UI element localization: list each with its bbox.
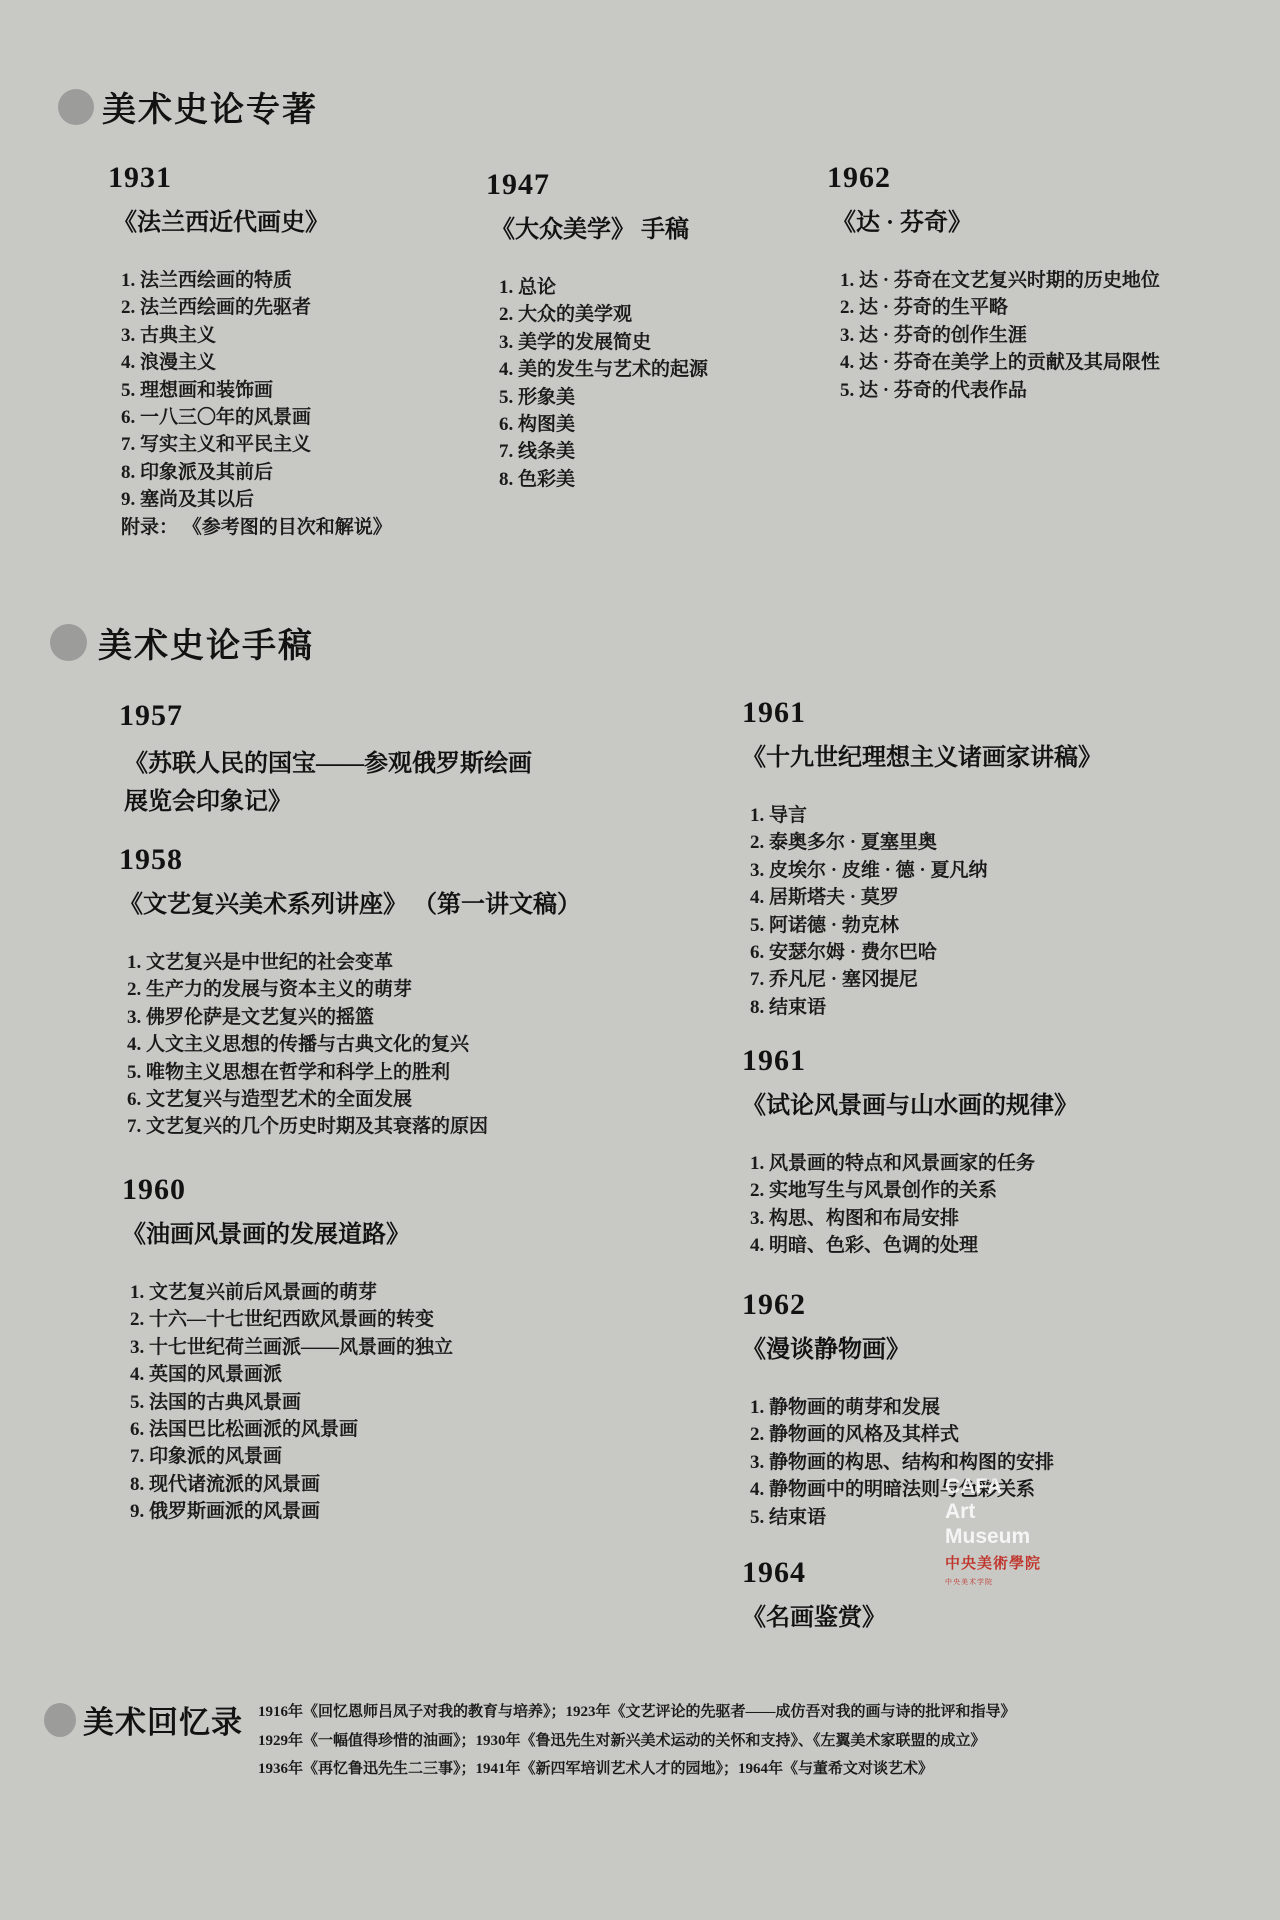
section-monographs-header: 美术史论专著 (58, 82, 318, 131)
bullet-icon (50, 624, 87, 661)
entry-year: 1958 (119, 845, 581, 875)
toc-item: 5. 法国的古典风景画 (130, 1389, 453, 1416)
entry-items: 1. 文艺复兴前后风景画的萌芽2. 十六—十七世纪西欧风景画的转变3. 十七世纪… (130, 1279, 453, 1526)
toc-item: 7. 乔凡尼 · 塞冈提尼 (750, 966, 1102, 993)
toc-item: 9. 俄罗斯画派的风景画 (130, 1498, 453, 1525)
entry-title: 《文艺复兴美术系列讲座》 （第一讲文稿） (119, 889, 581, 921)
entry-year: 1962 (742, 1290, 1054, 1320)
toc-item: 4. 人文主义思想的传播与古典文化的复兴 (127, 1031, 581, 1058)
toc-item: 2. 十六—十七世纪西欧风景画的转变 (130, 1306, 453, 1333)
toc-item: 3. 古典主义 (121, 322, 392, 349)
section-title: 美术回忆录 (83, 1697, 243, 1742)
toc-item: 7. 印象派的风景画 (130, 1443, 453, 1470)
toc-item: 2. 大众的美学观 (499, 301, 708, 328)
toc-item: 2. 实地写生与风景创作的关系 (750, 1177, 1078, 1204)
toc-item: 4. 达 · 芬奇在美学上的贡献及其局限性 (840, 349, 1160, 376)
toc-item: 4. 浪漫主义 (121, 349, 392, 376)
entry-items: 1. 法兰西绘画的特质2. 法兰西绘画的先驱者3. 古典主义4. 浪漫主义5. … (121, 267, 392, 541)
toc-item: 2. 静物画的风格及其样式 (750, 1421, 1054, 1448)
entry-1964: 1964 《名画鉴赏》 (742, 1558, 886, 1662)
entry-year: 1947 (486, 170, 708, 200)
toc-item: 8. 印象派及其前后 (121, 459, 392, 486)
toc-item: 1. 文艺复兴前后风景画的萌芽 (130, 1279, 453, 1306)
watermark-art: Art (945, 1499, 1041, 1524)
toc-item: 3. 皮埃尔 · 皮维 · 德 · 夏凡纳 (750, 857, 1102, 884)
entry-1960: 1960 《油画风景画的发展道路》 1. 文艺复兴前后风景画的萌芽2. 十六—十… (122, 1175, 453, 1526)
toc-item: 1. 文艺复兴是中世纪的社会变革 (127, 949, 581, 976)
toc-item: 3. 美学的发展简史 (499, 329, 708, 356)
toc-item: 1. 静物画的萌芽和发展 (750, 1394, 1054, 1421)
watermark-sub: 中央美术学院 (945, 1577, 1041, 1587)
cafa-watermark: CAFA Art Museum 中央美術學院 中央美术学院 (945, 1474, 1041, 1587)
toc-item: 6. 文艺复兴与造型艺术的全面发展 (127, 1086, 581, 1113)
entry-1961-landscape-rules: 1961 《试论风景画与山水画的规律》 1. 风景画的特点和风景画家的任务2. … (742, 1046, 1078, 1260)
bullet-icon (44, 1703, 76, 1737)
toc-item: 7. 文艺复兴的几个历史时期及其衰落的原因 (127, 1113, 581, 1140)
toc-item: 8. 结束语 (750, 994, 1102, 1021)
toc-item: 1. 总论 (499, 274, 708, 301)
toc-item: 3. 达 · 芬奇的创作生涯 (840, 322, 1160, 349)
entry-title: 《苏联人民的国宝——参观俄罗斯绘画 展览会印象记》 (124, 745, 532, 821)
toc-item: 8. 现代诸流派的风景画 (130, 1471, 453, 1498)
section-title: 美术史论专著 (102, 82, 318, 131)
toc-item: 6. 安瑟尔姆 · 费尔巴哈 (750, 939, 1102, 966)
toc-item: 5. 达 · 芬奇的代表作品 (840, 377, 1160, 404)
exhibition-panel: 美术史论专著 1931 《法兰西近代画史》 1. 法兰西绘画的特质2. 法兰西绘… (0, 0, 1280, 1920)
entry-items: 1. 风景画的特点和风景画家的任务2. 实地写生与风景创作的关系3. 构思、构图… (750, 1150, 1078, 1260)
entry-items: 1. 文艺复兴是中世纪的社会变革2. 生产力的发展与资本主义的萌芽3. 佛罗伦萨… (127, 949, 581, 1141)
entry-year: 1961 (742, 698, 1102, 728)
toc-item: 1. 达 · 芬奇在文艺复兴时期的历史地位 (840, 267, 1160, 294)
toc-item: 3. 构思、构图和布局安排 (750, 1205, 1078, 1232)
entry-title: 《油画风景画的发展道路》 (122, 1219, 453, 1251)
toc-item: 5. 形象美 (499, 384, 708, 411)
toc-item: 5. 理想画和装饰画 (121, 377, 392, 404)
toc-item: 7. 写实主义和平民主义 (121, 431, 392, 458)
entry-year: 1931 (108, 163, 392, 193)
entry-title: 《大众美学》 手稿 (491, 214, 708, 246)
toc-item: 9. 塞尚及其以后 (121, 486, 392, 513)
entry-1957: 1957 《苏联人民的国宝——参观俄罗斯绘画 展览会印象记》 (119, 701, 532, 841)
entry-year: 1962 (827, 163, 1160, 193)
toc-item: 3. 静物画的构思、结构和构图的安排 (750, 1449, 1054, 1476)
memoir-paragraph: 1916年《回忆恩师吕凤子对我的教育与培养》；1923年《文艺评论的先驱者——成… (258, 1698, 1048, 1784)
entry-1947: 1947 《大众美学》 手稿 1. 总论2. 大众的美学观3. 美学的发展简史4… (486, 170, 708, 493)
toc-item: 1. 法兰西绘画的特质 (121, 267, 392, 294)
entry-year: 1960 (122, 1175, 453, 1205)
entry-1961-idealist-painters: 1961 《十九世纪理想主义诸画家讲稿》 1. 导言2. 泰奥多尔 · 夏塞里奥… (742, 698, 1102, 1021)
entry-title: 《试论风景画与山水画的规律》 (742, 1090, 1078, 1122)
section-manuscripts-header: 美术史论手稿 (50, 618, 314, 667)
toc-item: 4. 居斯塔夫 · 莫罗 (750, 884, 1102, 911)
toc-item: 2. 泰奥多尔 · 夏塞里奥 (750, 829, 1102, 856)
entry-items: 1. 总论2. 大众的美学观3. 美学的发展简史4. 美的发生与艺术的起源5. … (499, 274, 708, 493)
toc-item: 2. 达 · 芬奇的生平略 (840, 294, 1160, 321)
watermark-seal: 中央美術學院 (945, 1552, 1041, 1573)
watermark-museum: Museum (945, 1524, 1041, 1549)
entry-1931: 1931 《法兰西近代画史》 1. 法兰西绘画的特质2. 法兰西绘画的先驱者3.… (108, 163, 392, 541)
entry-items: 1. 达 · 芬奇在文艺复兴时期的历史地位2. 达 · 芬奇的生平略3. 达 ·… (840, 267, 1160, 404)
bullet-icon (58, 89, 94, 125)
toc-item: 3. 十七世纪荷兰画派——风景画的独立 (130, 1334, 453, 1361)
entry-year: 1957 (119, 701, 532, 731)
entry-items: 1. 导言2. 泰奥多尔 · 夏塞里奥3. 皮埃尔 · 皮维 · 德 · 夏凡纳… (750, 802, 1102, 1021)
entry-title: 《名画鉴赏》 (742, 1602, 886, 1634)
watermark-cafa: CAFA (945, 1474, 1041, 1499)
section-title: 美术史论手稿 (98, 618, 314, 667)
toc-item: 2. 生产力的发展与资本主义的萌芽 (127, 976, 581, 1003)
toc-item: 4. 美的发生与艺术的起源 (499, 356, 708, 383)
entry-title: 《漫谈静物画》 (742, 1334, 1054, 1366)
toc-item: 3. 佛罗伦萨是文艺复兴的摇篮 (127, 1004, 581, 1031)
toc-item: 1. 风景画的特点和风景画家的任务 (750, 1150, 1078, 1177)
toc-item: 6. 法国巴比松画派的风景画 (130, 1416, 453, 1443)
toc-item: 1. 导言 (750, 802, 1102, 829)
toc-item: 5. 唯物主义思想在哲学和科学上的胜利 (127, 1059, 581, 1086)
toc-item: 6. 构图美 (499, 411, 708, 438)
entry-title: 《法兰西近代画史》 (113, 207, 392, 239)
toc-item: 5. 阿诺德 · 勃克林 (750, 912, 1102, 939)
entry-year: 1961 (742, 1046, 1078, 1076)
toc-item: 2. 法兰西绘画的先驱者 (121, 294, 392, 321)
entry-title: 《十九世纪理想主义诸画家讲稿》 (742, 742, 1102, 774)
entry-title: 《达 · 芬奇》 (832, 207, 1160, 239)
toc-item: 7. 线条美 (499, 438, 708, 465)
toc-item: 8. 色彩美 (499, 466, 708, 493)
toc-item: 附录： 《参考图的目次和解说》 (121, 514, 392, 541)
toc-item: 4. 明暗、色彩、色调的处理 (750, 1232, 1078, 1259)
entry-1962-davinci: 1962 《达 · 芬奇》 1. 达 · 芬奇在文艺复兴时期的历史地位2. 达 … (827, 163, 1160, 404)
entry-year: 1964 (742, 1558, 886, 1588)
entry-1958: 1958 《文艺复兴美术系列讲座》 （第一讲文稿） 1. 文艺复兴是中世纪的社会… (119, 845, 581, 1141)
toc-item: 4. 英国的风景画派 (130, 1361, 453, 1388)
toc-item: 6. 一八三〇年的风景画 (121, 404, 392, 431)
section-memoirs-header: 美术回忆录 (44, 1697, 243, 1742)
